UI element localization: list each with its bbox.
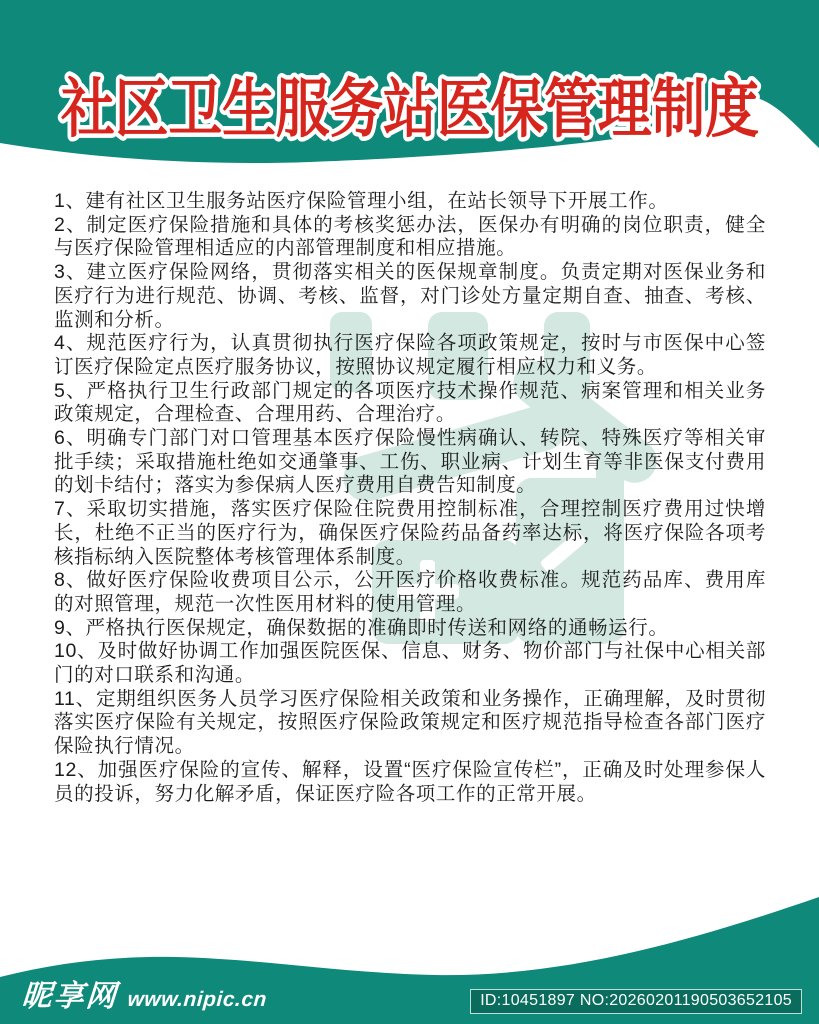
rule-item: 11、定期组织医务人员学习医疗保险相关政策和业务操作，正确理解，及时贯彻落实医疗… bbox=[54, 688, 766, 759]
site-name-text: 昵享网 bbox=[20, 971, 119, 1015]
rule-item: 3、建立医疗保险网络，贯彻落实相关的医保规章制度。负责定期对医保业务和医疗行为进… bbox=[54, 261, 766, 332]
header-banner: 社区卫生服务站医保管理制度 bbox=[0, 0, 819, 212]
rules-list: 1、建有社区卫生服务站医疗保险管理小组，在站长领导下开展工作。2、制定医疗保险措… bbox=[54, 190, 766, 806]
rule-item: 7、采取切实措施，落实医疗保险住院费用控制标准，合理控制医疗费用过快增长，杜绝不… bbox=[54, 498, 766, 569]
rule-item: 6、明确专门部门对口管理基本医疗保险慢性病确认、转院、特殊医疗等相关审批手续；采… bbox=[54, 427, 766, 498]
rule-item: 2、制定医疗保险措施和具体的考核奖惩办法，医保办有明确的岗位职责，健全与医疗保险… bbox=[54, 214, 766, 261]
rule-item: 5、严格执行卫生行政部门规定的各项医疗技术操作规范、病案管理和相关业务政策规定，… bbox=[54, 380, 766, 427]
site-logo: 昵享网 www.nipic.cn bbox=[20, 971, 268, 1015]
rule-item: 4、规范医疗行为，认真贯彻执行医疗保险各项政策规定，按时与市医保中心签订医疗保险… bbox=[54, 332, 766, 379]
image-id-badge: ID:10451897 NO:20260201190503652105 bbox=[470, 989, 802, 1014]
rule-item: 9、严格执行医保规定，确保数据的准确即时传送和网络的通畅运行。 bbox=[54, 617, 766, 641]
rule-item: 12、加强医疗保险的宣传、解释，设置“医疗保险宣传栏”，正确及时处理参保人员的投… bbox=[54, 759, 766, 806]
site-url-text: www.nipic.cn bbox=[127, 988, 268, 1012]
rule-item: 8、做好医疗保险收费项目公示，公开医疗价格收费标准。规范药品库、费用库的对照管理… bbox=[54, 569, 766, 616]
page-title: 社区卫生服务站医保管理制度 bbox=[61, 73, 759, 145]
rule-item: 10、及时做好协调工作加强医院医保、信息、财务、物价部门与社保中心相关部门的对口… bbox=[54, 640, 766, 687]
poster-page: 社区卫生服务站医保管理制度 1、建有社区卫生服务站医疗保险管理小组，在站长领导下… bbox=[0, 0, 819, 1024]
rule-item: 1、建有社区卫生服务站医疗保险管理小组，在站长领导下开展工作。 bbox=[54, 190, 766, 214]
